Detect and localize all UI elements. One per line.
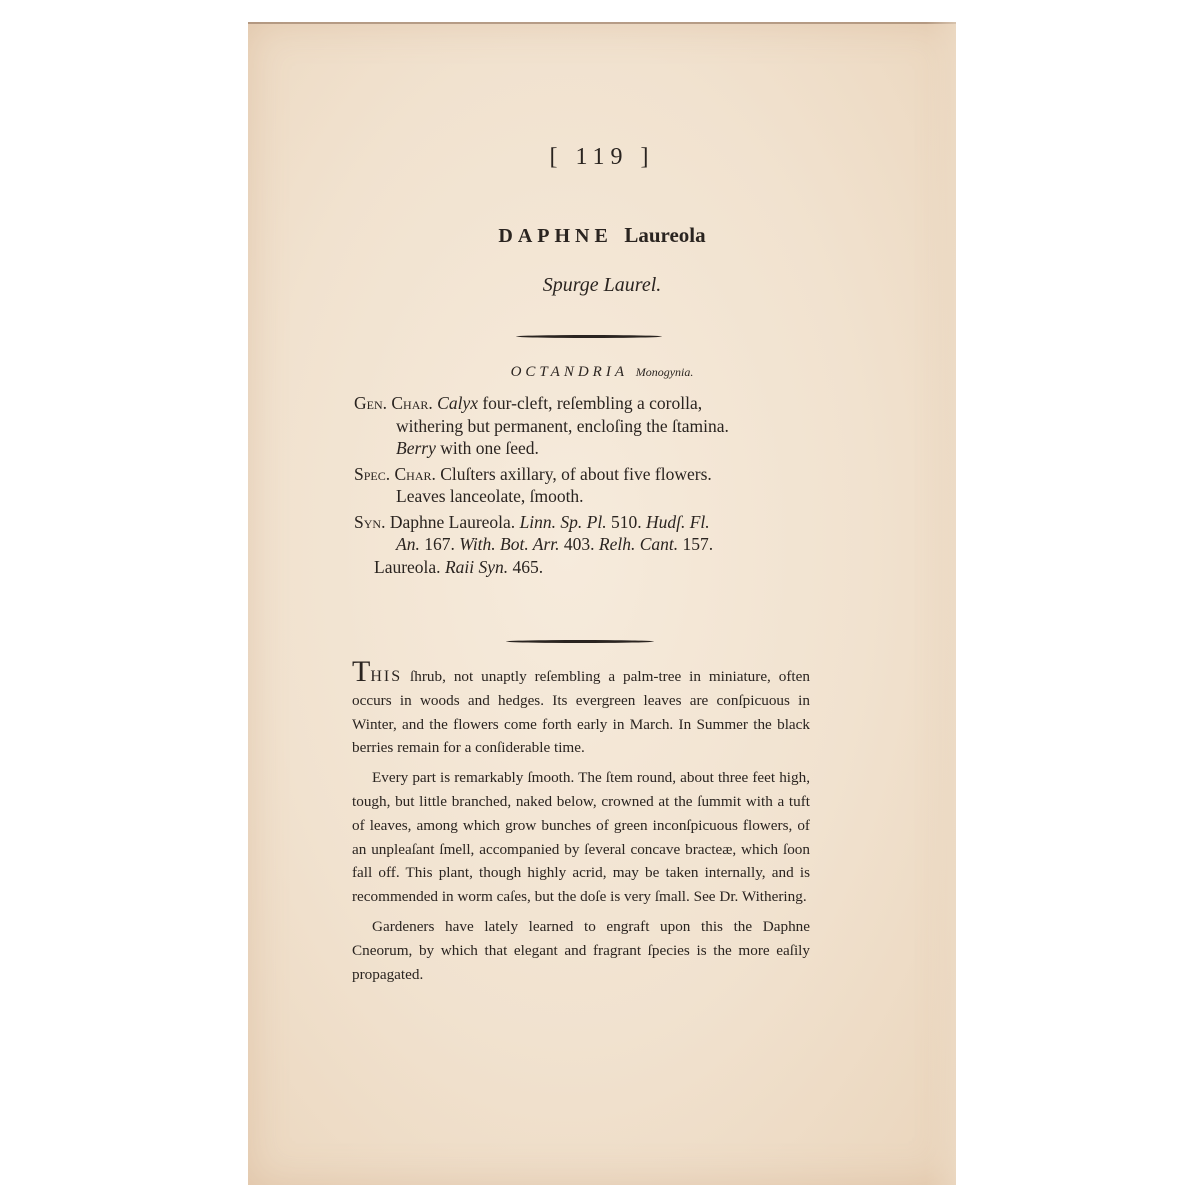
paragraph: THIS ſhrub, not unaptly reſembling a pal… (352, 662, 810, 760)
spec-char-line2: Leaves lanceolate, ſmooth. (354, 485, 812, 508)
species-name: Laureola (624, 223, 705, 247)
berry-text: with one ſeed. (436, 438, 539, 458)
syn-num: 510. (607, 512, 646, 532)
syn-ref: An. (396, 534, 420, 554)
syn-line3: Laureola. Raii Syn. 465. (354, 556, 812, 579)
common-name: Spurge Laurel. (248, 274, 956, 297)
species-title: DAPHNE Laureola (248, 222, 956, 248)
paragraph: Gardeners have lately learned to engraft… (352, 915, 810, 986)
description-body: THIS ſhrub, not unaptly reſembling a pal… (352, 662, 810, 992)
gen-char-italic: Calyx (437, 393, 478, 413)
syn-ref: Hudſ. Fl. (646, 512, 710, 532)
paragraph: Every part is remarkably ſmooth. The ſte… (352, 766, 810, 909)
drop-cap: T (352, 655, 370, 688)
syn-label: Syn. (354, 512, 385, 532)
gen-char-text: four-cleft, reſembling a corolla, (478, 393, 702, 413)
small-caps-lead: HIS (370, 668, 402, 685)
gen-char-line3: Berry with one ſeed. (354, 437, 812, 460)
syn-num: 157. (678, 534, 713, 554)
gen-char-line2: withering but permanent, encloſing the ſ… (354, 415, 812, 438)
gen-char-label: Gen. Char. (354, 393, 433, 413)
syn-num: 403. (560, 534, 599, 554)
syn-line2: An. 167. With. Bot. Arr. 403. Relh. Cant… (354, 533, 812, 556)
divider-rule (516, 335, 662, 338)
synonyms: Syn. Daphne Laureola. Linn. Sp. Pl. 510.… (354, 511, 812, 579)
order-name: Monogynia. (636, 365, 694, 379)
syn-ref: Raii Syn. (445, 557, 508, 577)
syn-ref: With. Bot. Arr. (459, 534, 559, 554)
divider-rule (506, 640, 654, 643)
characters-section: Gen. Char. Calyx four-cleft, reſembling … (354, 392, 812, 581)
spec-char-text: Cluſters axillary, of about five flowers… (436, 464, 712, 484)
generic-character: Gen. Char. Calyx four-cleft, reſembling … (354, 392, 812, 460)
linnaean-classification: OCTANDRIA Monogynia. (248, 364, 956, 381)
specific-character: Spec. Char. Cluſters axillary, of about … (354, 463, 812, 508)
syn-ref: Linn. Sp. Pl. (520, 512, 607, 532)
class-name: OCTANDRIA (511, 364, 628, 380)
syn-ref: Relh. Cant. (599, 534, 678, 554)
syn-text: Laureola. (374, 557, 445, 577)
genus-name: DAPHNE (498, 225, 612, 247)
spec-char-label: Spec. Char. (354, 464, 436, 484)
syn-text: Daphne Laureola. (385, 512, 519, 532)
book-page: [ 119 ] DAPHNE Laureola Spurge Laurel. O… (248, 22, 956, 1185)
page-number: [ 119 ] (248, 144, 956, 171)
berry-italic: Berry (396, 438, 436, 458)
syn-num: 167. (420, 534, 459, 554)
paragraph-text: ſhrub, not unaptly reſembling a palm-tre… (352, 668, 810, 756)
syn-num: 465. (508, 557, 543, 577)
